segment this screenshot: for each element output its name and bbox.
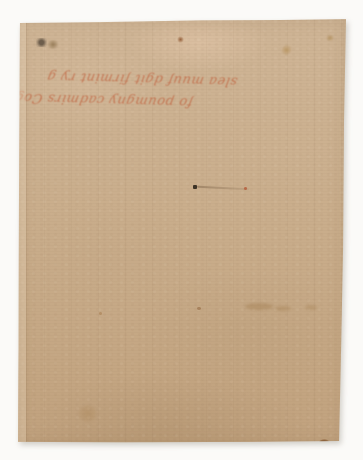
- speck-bottom-left-edge: [34, 447, 38, 455]
- stain-top-left-corner: [36, 38, 47, 47]
- stain-band-2: [275, 306, 291, 311]
- stain-right-upper: [346, 66, 353, 73]
- speck-right-1: [353, 176, 357, 180]
- speck-right-2: [351, 186, 354, 189]
- manuscript-leaf: fo poumgny cadmirs Cog fruil slea muuf d…: [17, 17, 347, 444]
- stain-band-1: [245, 303, 273, 310]
- stain-band-3: [305, 305, 317, 310]
- speck-left-small: [99, 312, 102, 315]
- photo-background: fo poumgny cadmirs Cog fruil slea muuf d…: [0, 0, 363, 460]
- stain-top-edge: [177, 36, 184, 43]
- stain-top-left-brown: [46, 40, 60, 49]
- red-chalk-speck: [244, 187, 247, 190]
- inscription: fo poumgny cadmirs Cog fruil slea muuf d…: [30, 60, 237, 116]
- ink-blot-bottom-right-2: [347, 435, 356, 445]
- stain-top-middle: [279, 42, 295, 59]
- speck-middle: [197, 307, 201, 310]
- paper-shadow-wrap: fo poumgny cadmirs Cog fruil slea muuf d…: [0, 0, 363, 460]
- ink-blot-bottom-right-1: [317, 437, 333, 453]
- stain-top-right-edge: [325, 35, 335, 41]
- speck-right-edge: [355, 379, 359, 383]
- pin-hole-dot: [193, 185, 197, 189]
- faint-round-stain: [78, 405, 97, 422]
- scratch-line: [197, 186, 249, 191]
- inscription-line-1: fo poumgny cadmirs Cog fruil: [29, 86, 195, 112]
